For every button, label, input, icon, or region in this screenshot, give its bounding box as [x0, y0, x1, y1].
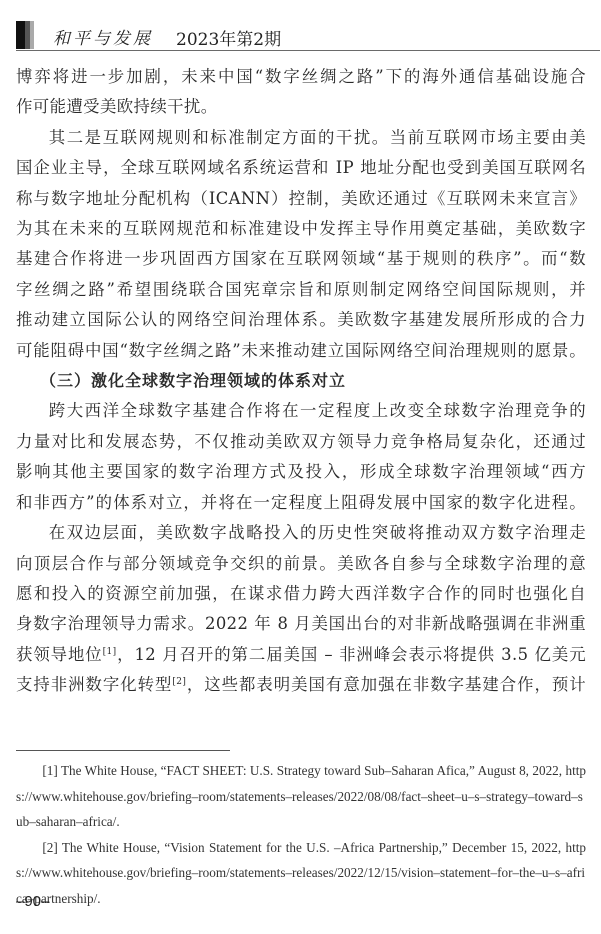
footnote-marker: [2] — [42, 840, 57, 855]
text-line: 影响其他主要国家的数字治理方式及投入，形成全球数字治理领域“西方 — [16, 457, 586, 487]
header-decoration-bars — [16, 21, 34, 49]
footnote-text: The White House, “FACT SHEET: U.S. Strat… — [16, 763, 586, 829]
footnote-2: [2] The White House, “Vision Statement f… — [16, 835, 586, 912]
header-bar-light — [30, 21, 34, 49]
footnote-marker: [1] — [42, 763, 57, 778]
paragraph-3: 跨大西洋全球数字基建合作将在一定程度上改变全球数字治理竞争的 力量对比和发展态势… — [16, 396, 586, 518]
text-line: 支持非洲数字化转型[2]，这些都表明美国有意加强在非数字基建合作，预计 — [16, 670, 586, 700]
footnote-text: The White House, “Vision Statement for t… — [16, 840, 586, 906]
text-line: 愿和投入的资源空前加强，在谋求借力跨大西洋数字合作的同时也强化自 — [16, 579, 586, 609]
paragraph-4: 在双边层面，美欧数字战略投入的历史性突破将推动双方数字治理走 向顶层合作与部分领… — [16, 518, 586, 700]
text-line: 力量对比和发展态势，不仅推动美欧双方领导力竞争格局复杂化，还通过 — [16, 427, 586, 457]
text-segment: 支持非洲数字化转型 — [16, 675, 172, 694]
text-line: 作可能遭受美欧持续干扰。 — [16, 92, 586, 122]
journal-title: 和平与发展 — [53, 24, 153, 49]
text-line: 跨大西洋全球数字基建合作将在一定程度上改变全球数字治理竞争的 — [16, 396, 586, 426]
text-line: 其二是互联网规则和标准制定方面的干扰。当前互联网市场主要由美 — [16, 123, 586, 153]
text-line: 推动建立国际公认的网络空间治理体系。美欧数字基建发展所形成的合力 — [16, 305, 586, 335]
paragraph-1: 博弈将进一步加剧，未来中国“数字丝绸之路”下的海外通信基础设施合 作可能遭受美欧… — [16, 62, 586, 123]
footnote-ref-1[interactable]: [1] — [103, 647, 117, 657]
text-segment: ，这些都表明美国有意加强在非数字基建合作，预计 — [186, 675, 586, 694]
text-line: 博弈将进一步加剧，未来中国“数字丝绸之路”下的海外通信基础设施合 — [16, 62, 586, 92]
text-line: 为其在未来的互联网规范和标准建设中发挥主导作用奠定基础，美欧数字 — [16, 214, 586, 244]
text-line: 国企业主导，全球互联网域名系统运营和 IP 地址分配也受到美国互联网名 — [16, 153, 586, 183]
text-line: 身数字治理领导力需求。2022 年 8 月美国出台的对非新战略强调在非洲重 — [16, 609, 586, 639]
text-line: 可能阻碍中国“数字丝绸之路”未来推动建立国际网络空间治理规则的愿景。 — [16, 336, 586, 366]
page-number: –90– — [16, 893, 49, 910]
section-heading: （三）激化全球数字治理领域的体系对立 — [16, 366, 586, 396]
paragraph-2: 其二是互联网规则和标准制定方面的干扰。当前互联网市场主要由美 国企业主导，全球互… — [16, 123, 586, 366]
footnote-1: [1] The White House, “FACT SHEET: U.S. S… — [16, 758, 586, 835]
journal-issue: 2023年第2期 — [176, 25, 281, 50]
footnote-divider — [16, 750, 230, 751]
body-text: 博弈将进一步加剧，未来中国“数字丝绸之路”下的海外通信基础设施合 作可能遭受美欧… — [16, 62, 586, 701]
header-bar-dark — [16, 21, 25, 49]
text-segment: 获领导地位 — [16, 645, 103, 664]
text-line: 向顶层合作与部分领域竞争交织的前景。美欧各自参与全球数字治理的意 — [16, 549, 586, 579]
text-line: 称与数字地址分配机构（ICANN）控制，美欧还通过《互联网未来宣言》 — [16, 184, 586, 214]
text-segment: ，12 月召开的第二届美国 – 非洲峰会表示将提供 3.5 亿美元 — [117, 645, 586, 664]
text-line: 基建合作将进一步巩固西方国家在互联网领域“基于规则的秩序”。而“数 — [16, 244, 586, 274]
footnote-ref-2[interactable]: [2] — [172, 677, 186, 687]
text-line: 在双边层面，美欧数字战略投入的历史性突破将推动双方数字治理走 — [16, 518, 586, 548]
text-line: 获领导地位[1]，12 月召开的第二届美国 – 非洲峰会表示将提供 3.5 亿美… — [16, 640, 586, 670]
footnotes: [1] The White House, “FACT SHEET: U.S. S… — [16, 758, 586, 911]
text-line: 和非西方”的体系对立，并将在一定程度上阻碍发展中国家的数字化进程。 — [16, 488, 586, 518]
text-line: 字丝绸之路”希望围绕联合国宪章宗旨和原则制定网络空间国际规则，并 — [16, 275, 586, 305]
running-header: 和平与发展 2023年第2期 — [16, 20, 600, 51]
